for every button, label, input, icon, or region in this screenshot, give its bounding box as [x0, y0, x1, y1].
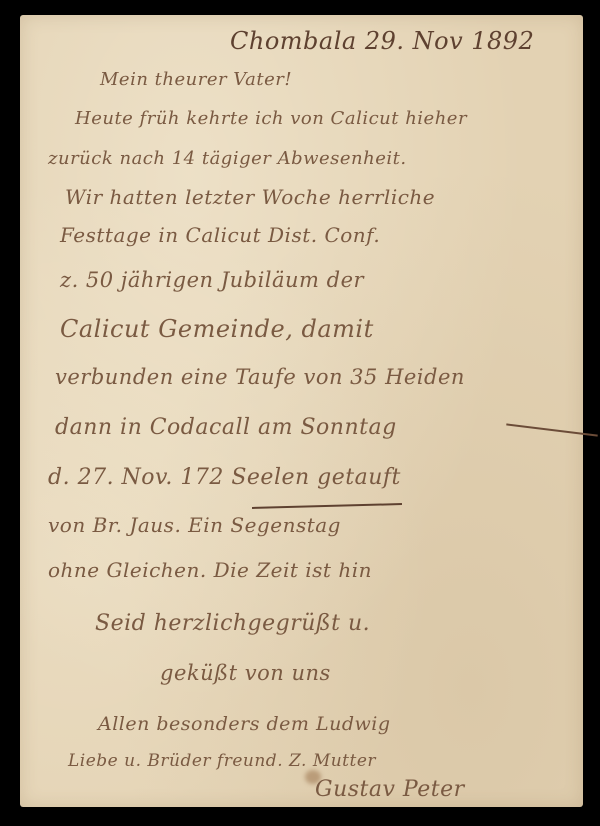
underline-172 — [252, 503, 402, 509]
body-line-7: verbunden eine Taufe von 35 Heiden — [55, 367, 465, 388]
salutation: Mein theurer Vater! — [100, 71, 292, 89]
body-line-5: z. 50 jährigen Jubiläum der — [60, 270, 364, 291]
header-date: 29. Nov 1892 — [365, 27, 535, 55]
body-line-1: Heute früh kehrte ich von Calicut hieher — [75, 110, 467, 128]
body-line-9: d. 27. Nov. 172 Seelen getauft — [48, 467, 401, 489]
body-line-3: Wir hatten letzter Woche herrliche — [65, 187, 435, 207]
body-line-11: ohne Gleichen. Die Zeit ist hin — [48, 560, 372, 580]
header-place: Chombala — [230, 27, 357, 55]
postcard: Chombala 29. Nov 1892 Mein theurer Vater… — [20, 15, 583, 807]
body-line-8: dann in Codacall am Sonntag — [55, 417, 397, 439]
body-line-4: Festtage in Calicut Dist. Conf. — [60, 225, 380, 245]
signature: Gustav Peter — [315, 779, 465, 801]
closing-line-1: Allen besonders dem Ludwig — [98, 715, 391, 734]
body-line-2: zurück nach 14 tägiger Abwesenheit. — [48, 150, 407, 168]
body-line-6: Calicut Gemeinde, damit — [60, 317, 374, 341]
header-place-date: Chombala 29. Nov 1892 — [230, 29, 534, 53]
closing-line-2: Liebe u. Brüder freund. Z. Mutter — [68, 753, 376, 770]
body-line-7-text: verbunden eine Taufe von 35 Heiden — [55, 365, 465, 389]
body-line-12: Seid herzlichgegrüßt u. — [95, 613, 370, 635]
body-line-10: von Br. Jaus. Ein Segenstag — [48, 515, 341, 535]
underline-35 — [506, 423, 598, 436]
body-line-13: geküßt von uns — [160, 663, 331, 684]
